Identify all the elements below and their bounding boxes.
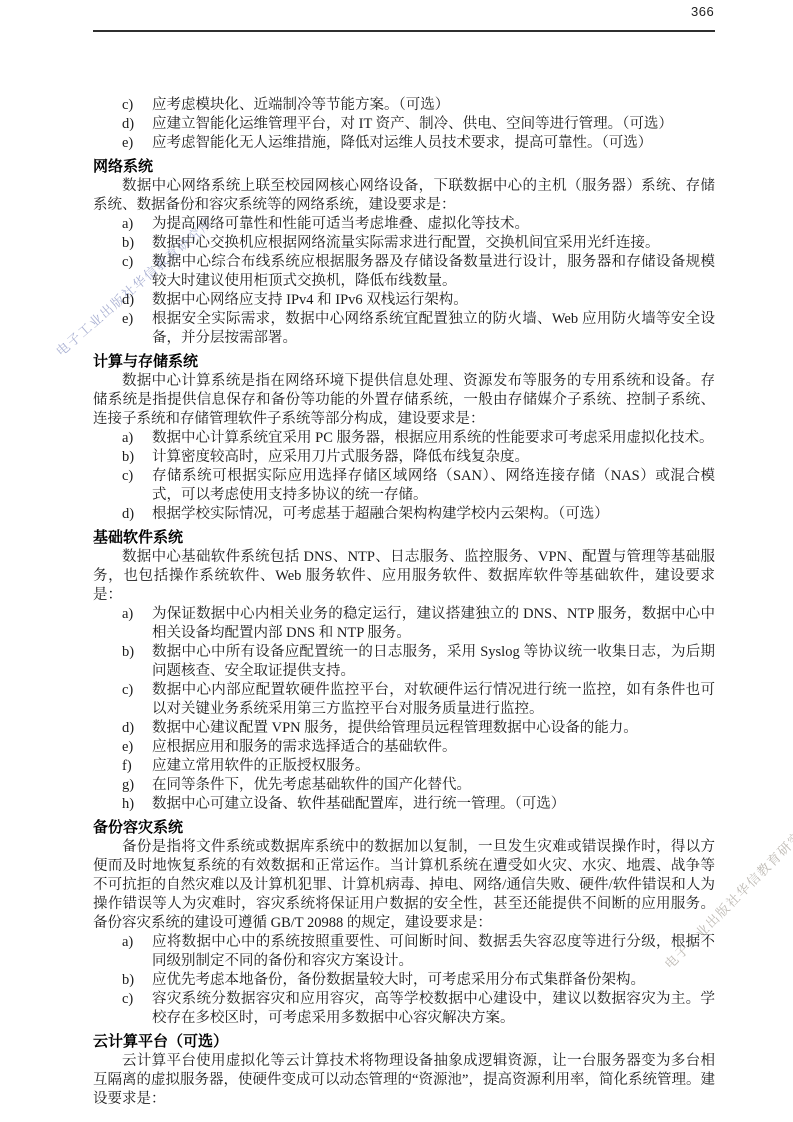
list-item-text: 为提高网络可靠性和性能可适当考虑堆叠、虚拟化等技术。 [152, 216, 529, 232]
list-item-label: a) [122, 429, 133, 448]
section-network-system: 网络系统 数据中心网络系统上联至校园网核心网络设备，下联数据中心的主机（服务器）… [93, 158, 715, 348]
list-item-text: 根据安全实际需求，数据中心网络系统宜配置独立的防火墙、Web 应用防火墙等安全设… [152, 311, 715, 346]
list-item-label: a) [122, 605, 133, 624]
list-item: c)数据中心内部应配置软硬件监控平台，对软硬件运行情况进行统一监控，如有条件也可… [93, 681, 715, 719]
list-item: e)应根据应用和服务的需求选择适合的基础软件。 [93, 738, 715, 757]
section-paragraph: 数据中心网络系统上联至校园网核心网络设备，下联数据中心的主机（服务器）系统、存储… [93, 177, 715, 215]
list-item-label: f) [122, 757, 132, 776]
list-item-text: 数据中心中所有设备应配置统一的日志服务，采用 Syslog 等协议统一收集日志，… [152, 644, 715, 679]
list-item-text: 在同等条件下，优先考虑基础软件的国产化替代。 [152, 777, 471, 793]
list-item-text: 应考虑智能化无人运维措施，降低对运维人员技术要求，提高可靠性。（可选） [152, 135, 652, 151]
list-item: c)数据中心综合布线系统应根据服务器及存储设备数量进行设计，服务器和存储设备规模… [93, 253, 715, 291]
list-item-label: h) [122, 795, 134, 814]
list-item-text: 应建立智能化运维管理平台，对 IT 资产、制冷、供电、空间等进行管理。（可选） [152, 116, 673, 132]
list-item: b)计算密度较高时，应采用刀片式服务器，降低布线复杂度。 [93, 448, 715, 467]
list-item: a)数据中心计算系统宜采用 PC 服务器，根据应用系统的性能要求可考虑采用虚拟化… [93, 429, 715, 448]
list-item: h)数据中心可建立设备、软件基础配置库，进行统一管理。（可选） [93, 795, 715, 814]
list-item: f)应建立常用软件的正版授权服务。 [93, 757, 715, 776]
list-item-text: 应建立常用软件的正版授权服务。 [152, 758, 370, 774]
list-item-label: a) [122, 933, 133, 952]
list-item-label: d) [122, 291, 134, 310]
section-backup-disaster: 备份容灾系统 备份是指将文件系统或数据库系统中的数据加以复制，一旦发生灾难或错误… [93, 819, 715, 1028]
list-item: c)应考虑模块化、近端制冷等节能方案。（可选） [93, 96, 715, 115]
header-rule [93, 30, 715, 32]
list-item-text: 存储系统可根据实际应用选择存储区域网络（SAN）、网络连接存储（NAS）或混合模… [152, 468, 715, 503]
list-item: b)应优先考虑本地备份，备份数据量较大时，可考虑采用分布式集群备份架构。 [93, 971, 715, 990]
list-item-text: 应考虑模块化、近端制冷等节能方案。（可选） [152, 97, 449, 113]
list-item-label: e) [122, 738, 133, 757]
list-item-text: 应将数据中心中的系统按照重要性、可间断时间、数据丢失容忍度等进行分级，根据不同级… [152, 934, 715, 969]
list-item-text: 计算密度较高时，应采用刀片式服务器，降低布线复杂度。 [152, 449, 529, 465]
list-item-label: c) [122, 467, 133, 486]
page-content: c)应考虑模块化、近端制冷等节能方案。（可选） d)应建立智能化运维管理平台，对… [93, 96, 715, 1109]
list-item-label: a) [122, 215, 133, 234]
list-item-label: c) [122, 681, 133, 700]
list-item-label: c) [122, 253, 133, 272]
list-item-text: 数据中心可建立设备、软件基础配置库，进行统一管理。（可选） [152, 796, 565, 812]
list-item-text: 为保证数据中心内相关业务的稳定运行，建议搭建独立的 DNS、NTP 服务，数据中… [152, 606, 715, 641]
page-number: 366 [691, 4, 714, 19]
list-item-text: 数据中心建议配置 VPN 服务，提供给管理员远程管理数据中心设备的能力。 [152, 720, 638, 736]
list-item-text: 应优先考虑本地备份，备份数据量较大时，可考虑采用分布式集群备份架构。 [152, 972, 645, 988]
section-heading: 计算与存储系统 [93, 353, 715, 372]
list-item-label: d) [122, 115, 134, 134]
list-item: a)为提高网络可靠性和性能可适当考虑堆叠、虚拟化等技术。 [93, 215, 715, 234]
list-item-text: 数据中心交换机应根据网络流量实际需求进行配置，交换机间宜采用光纤连接。 [152, 235, 660, 251]
section-computing-storage: 计算与存储系统 数据中心计算系统是指在网络环境下提供信息处理、资源发布等服务的专… [93, 353, 715, 524]
section-heading: 网络系统 [93, 158, 715, 177]
list-item: a)为保证数据中心内相关业务的稳定运行，建议搭建独立的 DNS、NTP 服务，数… [93, 605, 715, 643]
list-item-label: b) [122, 448, 134, 467]
list-item-text: 根据学校实际情况，可考虑基于超融合架构构建学校内云架构。（可选） [152, 506, 609, 522]
section-heading: 云计算平台（可选） [93, 1033, 715, 1052]
list-item-label: c) [122, 990, 133, 1009]
list-item-text: 容灾系统分数据容灾和应用容灾，高等学校数据中心建设中，建议以数据容灾为主。学校存… [152, 991, 715, 1026]
list-item: e)根据安全实际需求，数据中心网络系统宜配置独立的防火墙、Web 应用防火墙等安… [93, 310, 715, 348]
list-item-label: g) [122, 776, 134, 795]
list-item-label: d) [122, 505, 134, 524]
list-item-text: 应根据应用和服务的需求选择适合的基础软件。 [152, 739, 457, 755]
list-item-label: b) [122, 643, 134, 662]
list-item: g)在同等条件下，优先考虑基础软件的国产化替代。 [93, 776, 715, 795]
list-item: b)数据中心交换机应根据网络流量实际需求进行配置，交换机间宜采用光纤连接。 [93, 234, 715, 253]
list-item-text: 数据中心综合布线系统应根据服务器及存储设备数量进行设计，服务器和存储设备规模较大… [152, 254, 715, 289]
section-paragraph: 数据中心基础软件系统包括 DNS、NTP、日志服务、监控服务、VPN、配置与管理… [93, 548, 715, 605]
section-basic-software: 基础软件系统 数据中心基础软件系统包括 DNS、NTP、日志服务、监控服务、VP… [93, 529, 715, 814]
list-item: d)根据学校实际情况，可考虑基于超融合架构构建学校内云架构。（可选） [93, 505, 715, 524]
list-item: d)数据中心网络应支持 IPv4 和 IPv6 双栈运行架构。 [93, 291, 715, 310]
list-item-label: c) [122, 96, 133, 115]
list-item-text: 数据中心内部应配置软硬件监控平台，对软硬件运行情况进行统一监控，如有条件也可以对… [152, 682, 715, 717]
list-item-text: 数据中心计算系统宜采用 PC 服务器，根据应用系统的性能要求可考虑采用虚拟化技术… [152, 430, 713, 446]
section-paragraph: 数据中心计算系统是指在网络环境下提供信息处理、资源发布等服务的专用系统和设备。存… [93, 372, 715, 429]
section-paragraph: 云计算平台使用虚拟化等云计算技术将物理设备抽象成逻辑资源，让一台服务器变为多台相… [93, 1052, 715, 1109]
list-item: d)数据中心建议配置 VPN 服务，提供给管理员远程管理数据中心设备的能力。 [93, 719, 715, 738]
list-item: e)应考虑智能化无人运维措施，降低对运维人员技术要求，提高可靠性。（可选） [93, 134, 715, 153]
section-cloud-platform: 云计算平台（可选） 云计算平台使用虚拟化等云计算技术将物理设备抽象成逻辑资源，让… [93, 1033, 715, 1109]
list-item: b)数据中心中所有设备应配置统一的日志服务，采用 Syslog 等协议统一收集日… [93, 643, 715, 681]
list-item: d)应建立智能化运维管理平台，对 IT 资产、制冷、供电、空间等进行管理。（可选… [93, 115, 715, 134]
list-item-text: 数据中心网络应支持 IPv4 和 IPv6 双栈运行架构。 [152, 292, 468, 308]
list-item-label: b) [122, 971, 134, 990]
list-item: c)容灾系统分数据容灾和应用容灾，高等学校数据中心建设中，建议以数据容灾为主。学… [93, 990, 715, 1028]
section-heading: 备份容灾系统 [93, 819, 715, 838]
list-item-label: b) [122, 234, 134, 253]
list-item-label: d) [122, 719, 134, 738]
list-item: c)存储系统可根据实际应用选择存储区域网络（SAN）、网络连接存储（NAS）或混… [93, 467, 715, 505]
list-item-label: e) [122, 310, 133, 329]
section-paragraph: 备份是指将文件系统或数据库系统中的数据加以复制，一旦发生灾难或错误操作时，得以方… [93, 838, 715, 933]
section-heading: 基础软件系统 [93, 529, 715, 548]
list-item-label: e) [122, 134, 133, 153]
list-item: a)应将数据中心中的系统按照重要性、可间断时间、数据丢失容忍度等进行分级，根据不… [93, 933, 715, 971]
